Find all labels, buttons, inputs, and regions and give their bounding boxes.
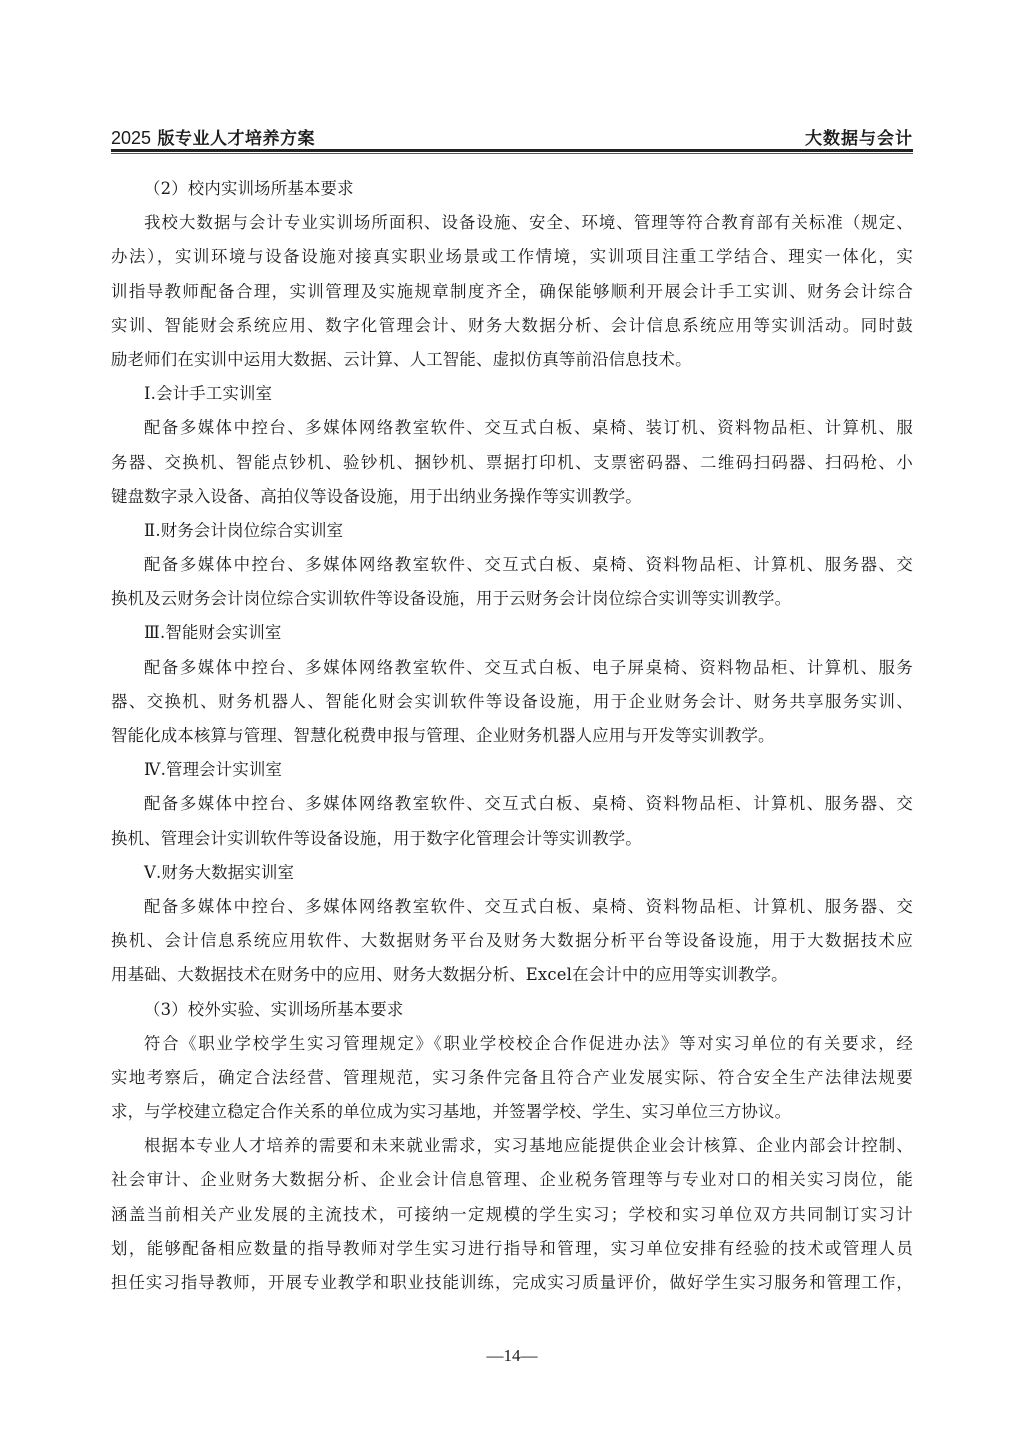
room-heading-manual-accounting: Ⅰ.会计手工实训室 xyxy=(111,377,913,411)
paragraph-manual-accounting: 配备多媒体中控台、多媒体网络教室软件、交互式白板、桌椅、装订机、资料物品柜、计算… xyxy=(111,411,913,514)
text-line: 务器、交换机、智能点钞机、验钞机、捆钞机、票据打印机、支票密码器、二维码扫码器、… xyxy=(111,446,913,480)
text-line: 实地考察后，确定合法经营、管理规范，实习条件完备且符合产业发展实际、符合安全生产… xyxy=(111,1061,913,1095)
room-heading-financial-accounting: Ⅱ.财务会计岗位综合实训室 xyxy=(111,514,913,548)
text-line: 用基础、大数据技术在财务中的应用、财务大数据分析、Excel在会计中的应用等实训… xyxy=(111,958,913,992)
text-line: 配备多媒体中控台、多媒体网络教室软件、交互式白板、桌椅、资料物品柜、计算机、服务… xyxy=(111,548,913,582)
paragraph-management-accounting: 配备多媒体中控台、多媒体网络教室软件、交互式白板、桌椅、资料物品柜、计算机、服务… xyxy=(111,787,913,855)
section-heading-off-campus: （3）校外实验、实训场所基本要求 xyxy=(111,993,913,1027)
paragraph-on-campus-intro: 我校大数据与会计专业实训场所面积、设备设施、安全、环境、管理等符合教育部有关标准… xyxy=(111,206,913,377)
paragraph-financial-big-data: 配备多媒体中控台、多媒体网络教室软件、交互式白板、桌椅、资料物品柜、计算机、服务… xyxy=(111,890,913,993)
text-line: 配备多媒体中控台、多媒体网络教室软件、交互式白板、桌椅、资料物品柜、计算机、服务… xyxy=(111,787,913,821)
header-rule-thin xyxy=(111,153,913,154)
text-line: 励老师们在实训中运用大数据、云计算、人工智能、虚拟仿真等前沿信息技术。 xyxy=(111,343,913,377)
text-line: 办法），实训环境与设备设施对接真实职业场景或工作情境，实训项目注重工学结合、理实… xyxy=(111,240,913,274)
room-heading-intelligent-finance: Ⅲ.智能财会实训室 xyxy=(111,616,913,650)
header-major-name: 大数据与会计 xyxy=(805,124,913,149)
text-line: 智能化成本核算与管理、智慧化税费申报与管理、企业财务机器人应用与开发等实训教学。 xyxy=(111,719,913,753)
text-line: 实训、智能财会系统应用、数字化管理会计、财务大数据分析、会计信息系统应用等实训活… xyxy=(111,309,913,343)
text-line: 配备多媒体中控台、多媒体网络教室软件、交互式白板、电子屏桌椅、资料物品柜、计算机… xyxy=(111,651,913,685)
page-number: —14— xyxy=(111,1346,913,1366)
text-line: 键盘数字录入设备、高拍仪等设备设施，用于出纳业务操作等实训教学。 xyxy=(111,480,913,514)
document-page: 2025 版专业人才培养方案 大数据与会计 （2）校内实训场所基本要求 我校大数… xyxy=(111,0,913,1448)
text-line: 配备多媒体中控台、多媒体网络教室软件、交互式白板、桌椅、装订机、资料物品柜、计算… xyxy=(111,411,913,445)
text-line: 求，与学校建立稳定合作关系的单位成为实习基地，并签署学校、学生、实习单位三方协议… xyxy=(111,1095,913,1129)
text-line: 训指导教师配备合理，实训管理及实施规章制度齐全，确保能够顺利开展会计手工实训、财… xyxy=(111,275,913,309)
text-line: 换机及云财务会计岗位综合实训软件等设备设施，用于云财务会计岗位综合实训等实训教学… xyxy=(111,582,913,616)
header-rule-thick xyxy=(111,149,913,152)
text-line: 担任实习指导教师，开展专业教学和职业技能训练，完成实习质量评价，做好学生实习服务… xyxy=(111,1266,913,1300)
text-line: 换机、会计信息系统应用软件、大数据财务平台及财务大数据分析平台等设备设施，用于大… xyxy=(111,924,913,958)
text-line: 器、交换机、财务机器人、智能化财会实训软件等设备设施，用于企业财务会计、财务共享… xyxy=(111,685,913,719)
paragraph-financial-accounting: 配备多媒体中控台、多媒体网络教室软件、交互式白板、桌椅、资料物品柜、计算机、服务… xyxy=(111,548,913,616)
text-line: 涵盖当前相关产业发展的主流技术，可接纳一定规模的学生实习；学校和实习单位双方共同… xyxy=(111,1198,913,1232)
paragraph-intelligent-finance: 配备多媒体中控台、多媒体网络教室软件、交互式白板、电子屏桌椅、资料物品柜、计算机… xyxy=(111,651,913,754)
running-header: 2025 版专业人才培养方案 大数据与会计 xyxy=(111,124,913,146)
room-heading-financial-big-data: Ⅴ.财务大数据实训室 xyxy=(111,856,913,890)
text-line: 符合《职业学校学生实习管理规定》《职业学校校企合作促进办法》等对实习单位的有关要… xyxy=(111,1027,913,1061)
text-line: 配备多媒体中控台、多媒体网络教室软件、交互式白板、桌椅、资料物品柜、计算机、服务… xyxy=(111,890,913,924)
room-heading-management-accounting: Ⅳ.管理会计实训室 xyxy=(111,753,913,787)
header-document-title: 2025 版专业人才培养方案 xyxy=(111,124,315,149)
text-line: 我校大数据与会计专业实训场所面积、设备设施、安全、环境、管理等符合教育部有关标准… xyxy=(111,206,913,240)
page-body: （2）校内实训场所基本要求 我校大数据与会计专业实训场所面积、设备设施、安全、环… xyxy=(111,172,913,1300)
section-heading-on-campus: （2）校内实训场所基本要求 xyxy=(111,172,913,206)
text-line: 换机、管理会计实训软件等设备设施，用于数字化管理会计等实训教学。 xyxy=(111,822,913,856)
paragraph-off-campus-requirements: 符合《职业学校学生实习管理规定》《职业学校校企合作促进办法》等对实习单位的有关要… xyxy=(111,1027,913,1130)
text-line: 划，能够配备相应数量的指导教师对学生实习进行指导和管理，实习单位安排有经验的技术… xyxy=(111,1232,913,1266)
header-year: 2025 xyxy=(111,128,151,148)
header-title-text: 版专业人才培养方案 xyxy=(157,129,315,149)
text-line: 社会审计、企业财务大数据分析、企业会计信息管理、企业税务管理等与专业对口的相关实… xyxy=(111,1163,913,1197)
paragraph-internship-base: 根据本专业人才培养的需要和未来就业需求，实习基地应能提供企业会计核算、企业内部会… xyxy=(111,1129,913,1300)
text-line: 根据本专业人才培养的需要和未来就业需求，实习基地应能提供企业会计核算、企业内部会… xyxy=(111,1129,913,1163)
